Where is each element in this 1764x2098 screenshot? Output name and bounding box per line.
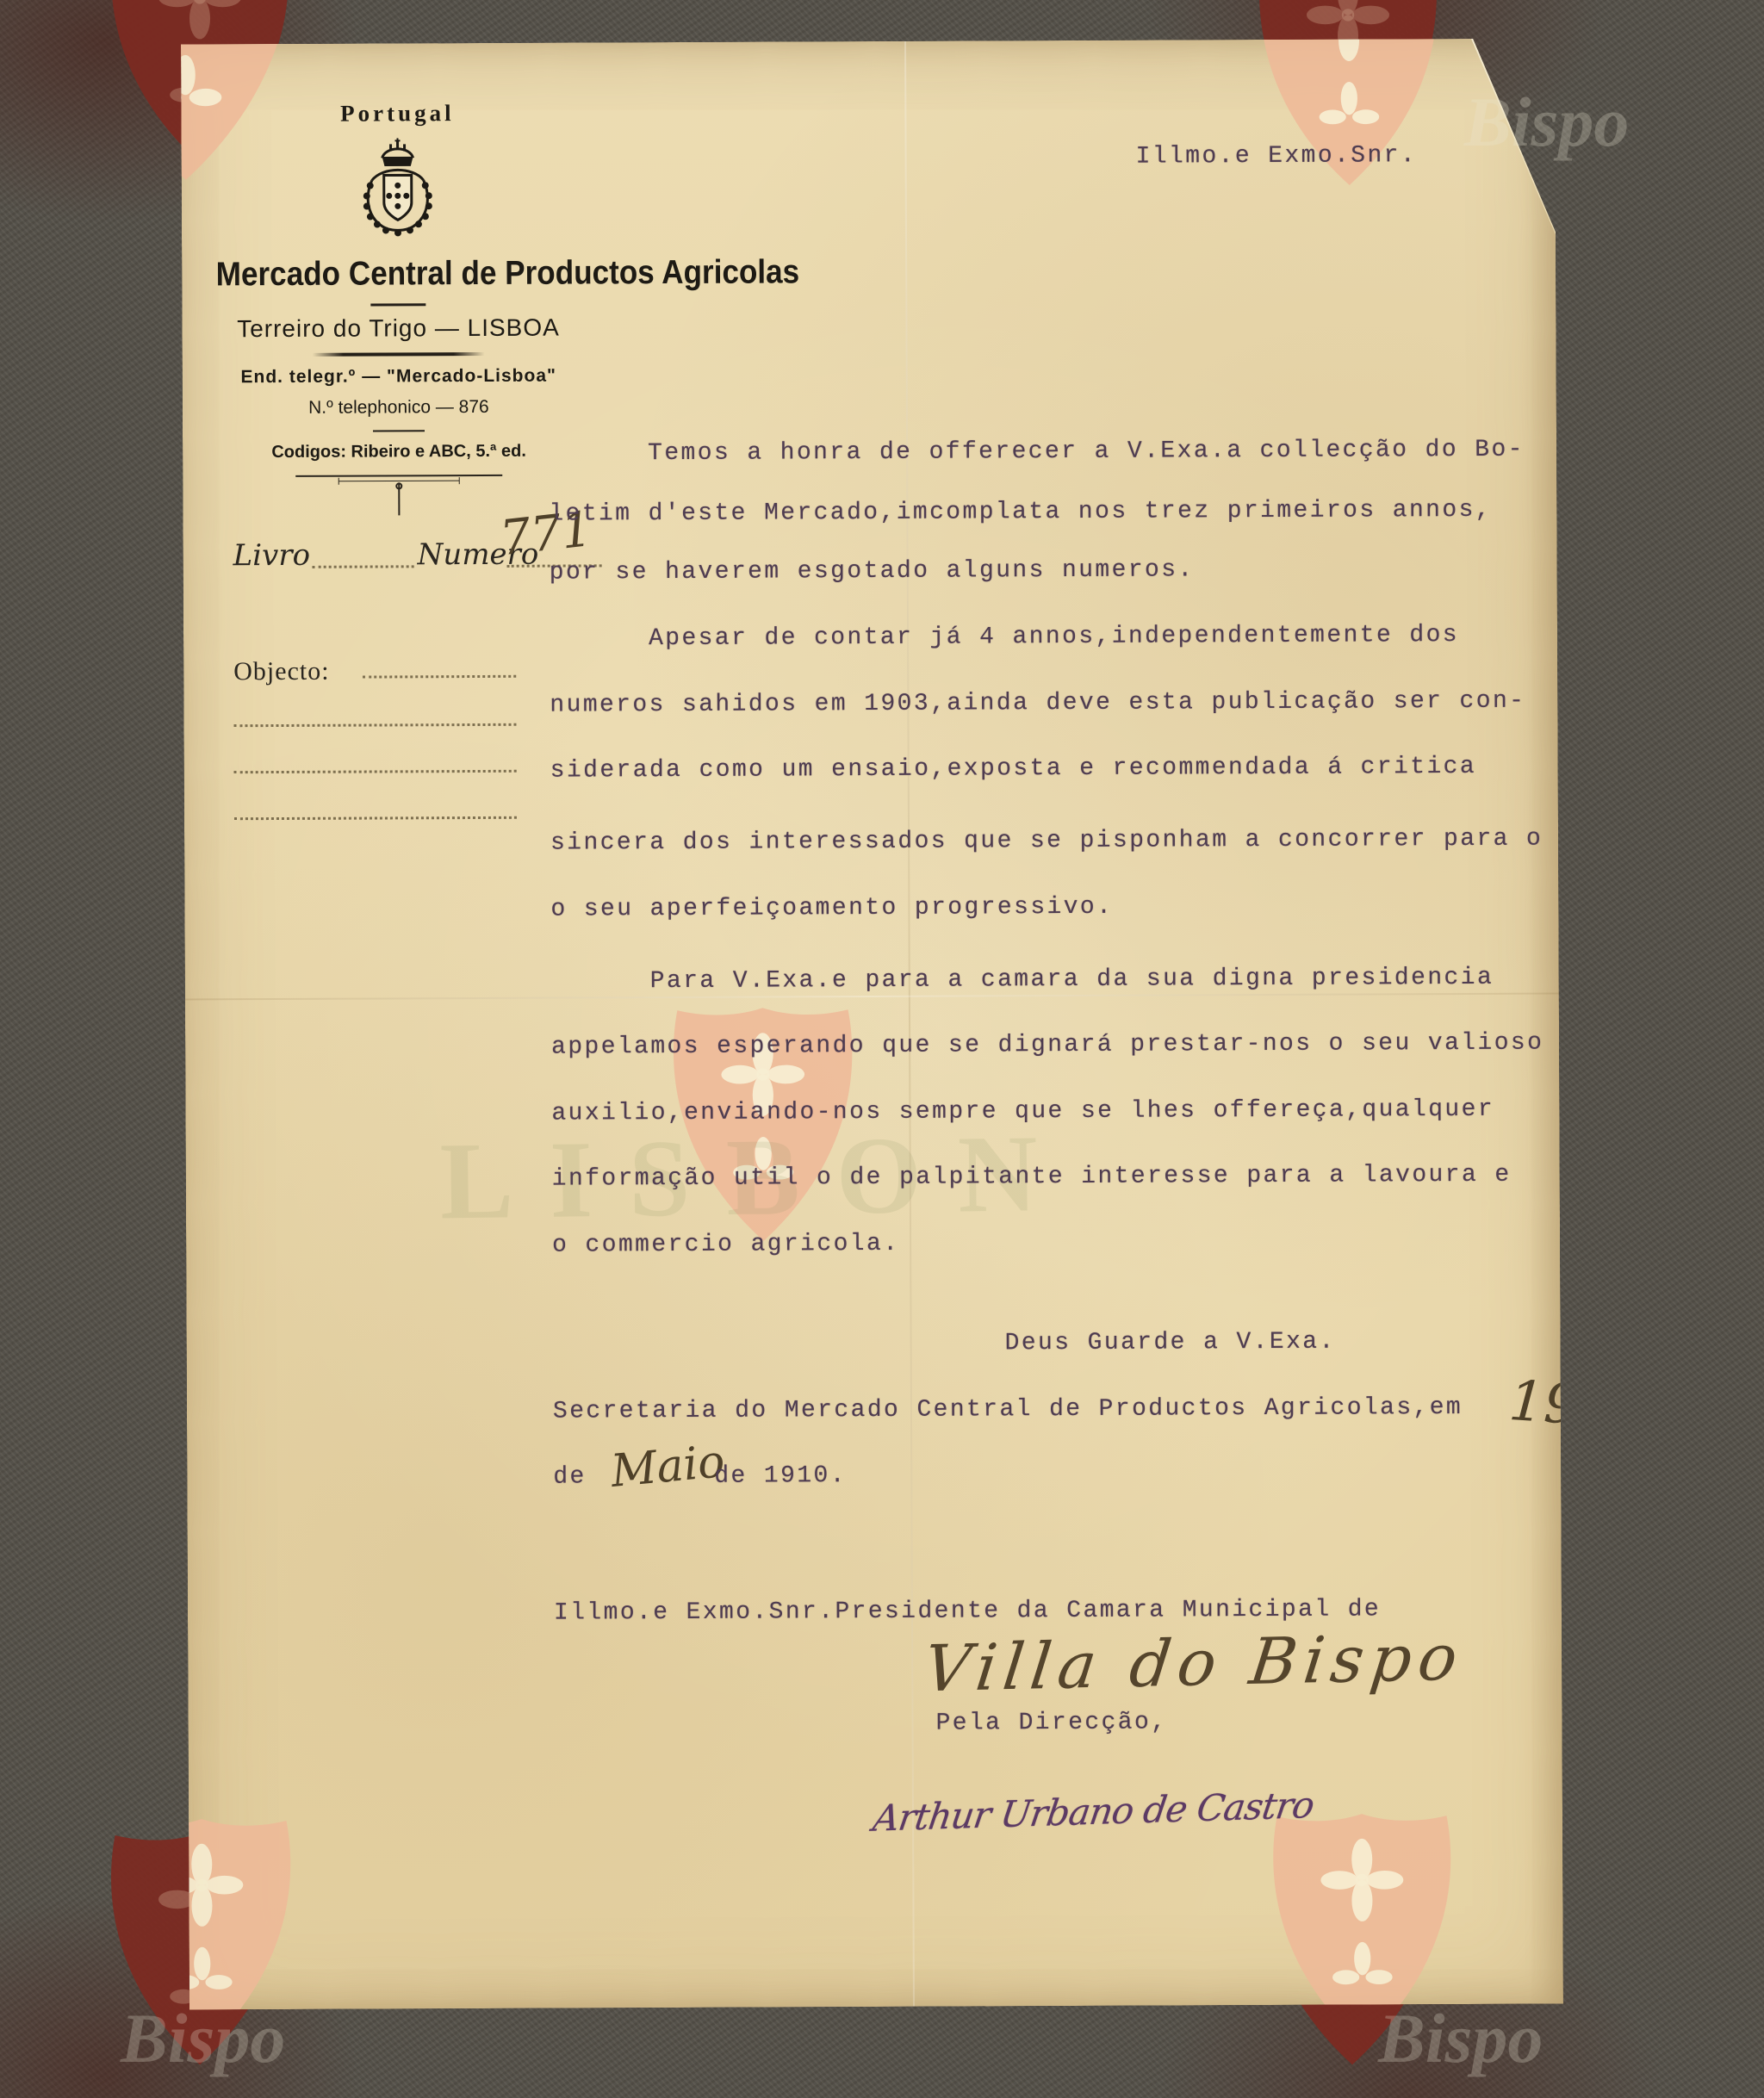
letterhead-divider: [370, 303, 425, 306]
letterhead-ornament: [287, 469, 511, 524]
letterhead-divider: [313, 352, 485, 357]
signature-handwritten: Arthur Urbano de Castro: [871, 1784, 1317, 1840]
livro-label: Livro: [233, 538, 311, 573]
letterhead-codes: Codigos: Ribeiro e ABC, 5.ª ed.: [196, 441, 601, 462]
addressee-place-handwritten: Villa do Bispo: [920, 1620, 1468, 1706]
form-block-objecto: Objecto:: [233, 656, 518, 686]
body-line: Temos a honra de offerecer a V.Exa.a col…: [648, 437, 1525, 467]
day-handwritten: 19: [1507, 1369, 1563, 1437]
objecto-blank-line: [233, 720, 516, 727]
direction-label: Pela Direcção,: [935, 1710, 1167, 1737]
month-handwritten: Maio: [609, 1436, 727, 1498]
body-line: letim d'este Mercado,imcomplata nos trez…: [549, 497, 1492, 528]
body-line: appelamos esperando que se dignará prest…: [551, 1030, 1543, 1061]
letterhead-org-name: Mercado Central de Productos Agricolas: [216, 254, 581, 294]
fold-crease-vertical: [904, 41, 915, 2007]
body-line: o seu aperfeiçoamento progressivo.: [550, 894, 1113, 923]
coat-of-arms-icon: [345, 135, 450, 246]
watermark-text-bottom-left: Bispo: [121, 1998, 285, 2079]
letterhead-country: Portugal: [195, 99, 599, 127]
body-line: Apesar de contar já 4 annos,independente…: [649, 622, 1459, 652]
body-line: numeros sahidos em 1903,ainda deve esta …: [550, 688, 1525, 719]
livro-blank: [313, 541, 414, 568]
body-line: auxilio,enviando-nos sempre que se lhes …: [551, 1096, 1494, 1127]
letterhead: Portugal: [195, 99, 601, 529]
objecto-blank-line: [363, 672, 516, 679]
date-suffix: de 1910.: [714, 1462, 847, 1490]
letterhead-telegraph: End. telegr.º — "Mercado-Lisboa": [196, 365, 601, 388]
place-date-line: Secretaria do Mercado Central de Product…: [553, 1394, 1463, 1425]
objecto-blank-line: [234, 813, 517, 820]
watermark-shield-top-right-on-paper: [1245, 39, 1453, 196]
salutation: Illmo.e Exmo.Snr.: [1136, 142, 1418, 170]
addressee-line: Illmo.e Exmo.Snr.Presidente da Camara Mu…: [554, 1596, 1381, 1626]
watermark-shield-bottom-right-on-paper: [1258, 1804, 1466, 2009]
letterhead-divider: [373, 430, 425, 431]
watermark-text-bottom-right: Bispo: [1378, 1998, 1543, 2079]
body-line: sincera dos interessados que se pisponha…: [550, 826, 1543, 857]
folded-paper-corner: [1425, 39, 1556, 264]
date-prefix: de: [553, 1463, 587, 1490]
objecto-label: Objecto:: [233, 657, 329, 686]
objecto-blank-line: [234, 767, 517, 773]
body-line: siderada como um ensaio,exposta e recomm…: [550, 754, 1476, 785]
scanned-letter-photo: LISBON Portugal: [0, 0, 1764, 2098]
body-line: Para V.Exa.e para a camara da sua digna …: [650, 965, 1494, 995]
watermark-shield-bottom-left-on-paper: [181, 1809, 306, 2010]
body-line: o commercio agricola.: [552, 1231, 899, 1259]
letterhead-address: Terreiro do Trigo — LISBOA: [196, 313, 600, 343]
body-line: informação util o de palpitante interess…: [552, 1162, 1512, 1193]
body-line: por se haverem esgotado alguns numeros.: [550, 556, 1195, 586]
valediction: Deus Guarde a V.Exa.: [1005, 1329, 1336, 1357]
letterhead-phone: N.º telephonico — 876: [196, 396, 601, 419]
letter-sheet: LISBON Portugal: [181, 39, 1563, 2010]
